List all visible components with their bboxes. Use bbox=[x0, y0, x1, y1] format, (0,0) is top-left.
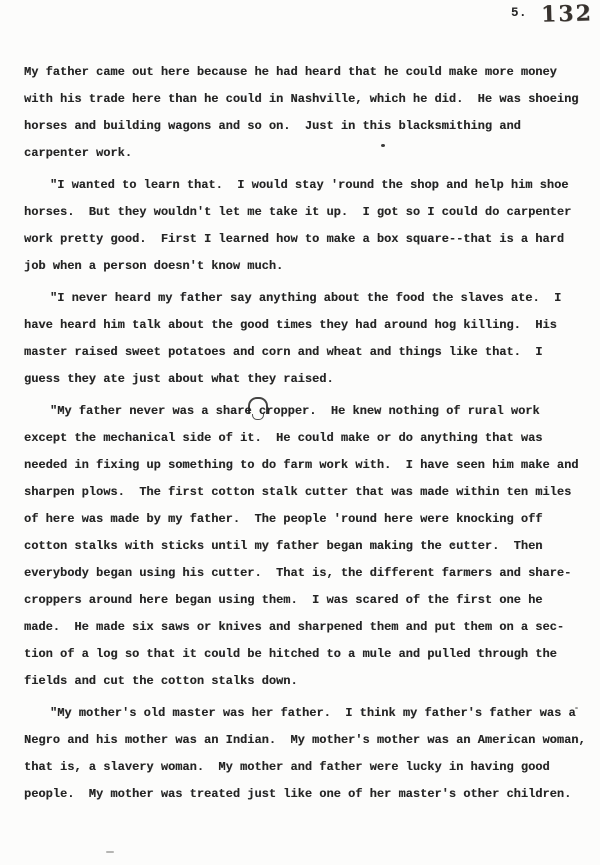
transcript-body: My father came out here because he had h… bbox=[24, 59, 596, 808]
transcript-paragraph-3: "I never heard my father say anything ab… bbox=[24, 285, 596, 393]
ink-speck bbox=[452, 543, 455, 546]
ink-speck bbox=[381, 144, 385, 147]
scanned-page: 5. 132 My father came out here because h… bbox=[0, 0, 600, 865]
handwritten-tie-mark bbox=[248, 397, 268, 414]
transcript-paragraph-4: "My father never was a share cropper. He… bbox=[24, 398, 596, 695]
typed-page-number: 5. bbox=[511, 6, 527, 20]
ink-speck bbox=[575, 707, 578, 709]
stamped-page-number: 132 bbox=[541, 0, 594, 27]
transcript-paragraph-1: My father came out here because he had h… bbox=[24, 59, 596, 167]
transcript-paragraph-2: "I wanted to learn that. I would stay 'r… bbox=[24, 172, 596, 280]
scan-artifact-dash bbox=[106, 851, 114, 853]
transcript-paragraph-5: "My mother's old master was her father. … bbox=[24, 700, 596, 808]
